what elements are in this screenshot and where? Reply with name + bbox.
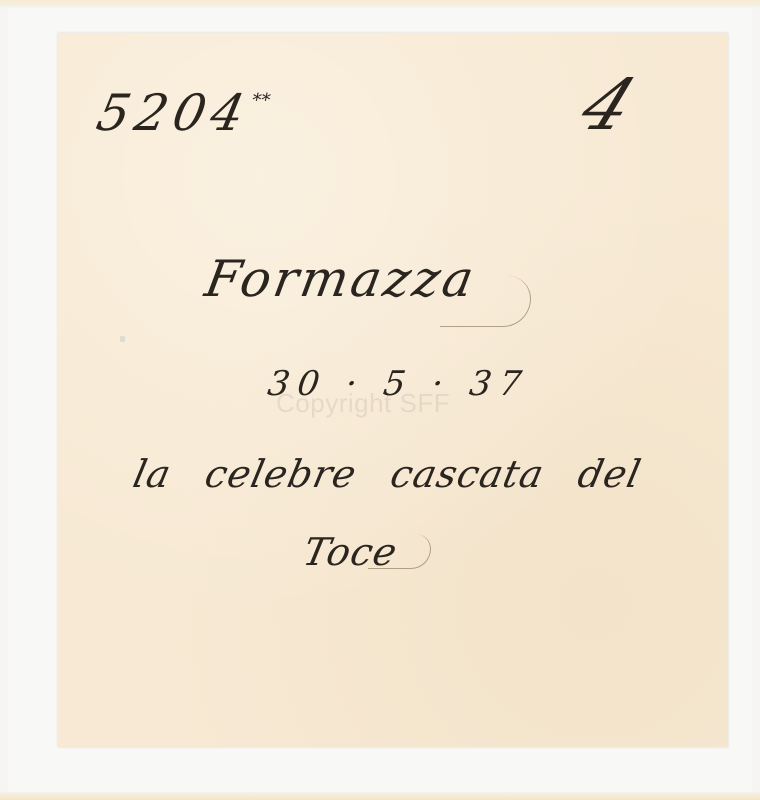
description-flourish [368,534,431,569]
catalog-number: 5204** [92,84,274,142]
top-edge-strip [0,0,760,7]
bottom-edge-strip [0,792,760,800]
title-flourish [440,276,531,327]
location-title: Formazza [201,250,481,308]
description-line-1: la celebre cascata del [129,452,645,496]
paper-speck [120,336,125,342]
copyright-watermark: Copyright SFF [276,388,450,419]
catalog-number-value: 5204 [92,84,256,142]
